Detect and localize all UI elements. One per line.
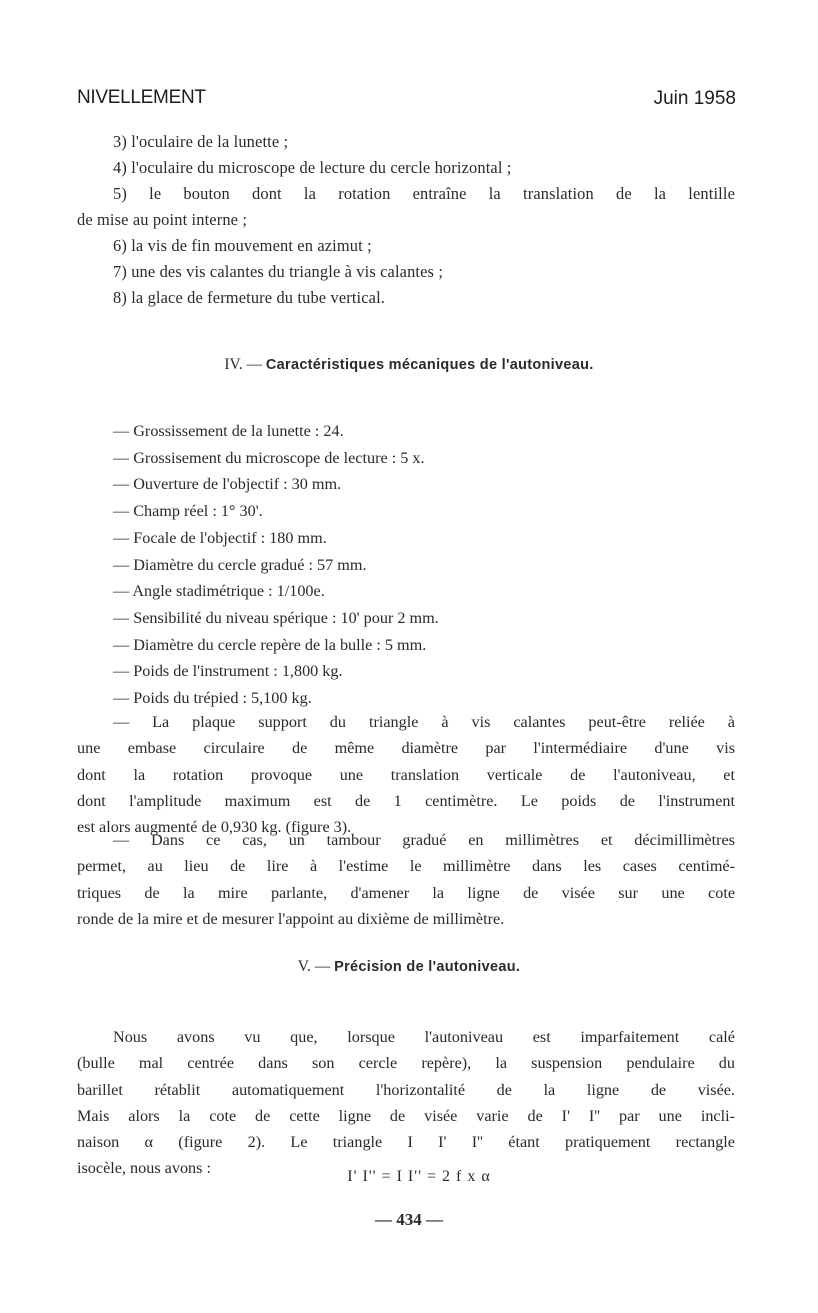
section-number: V. — — [298, 958, 330, 975]
running-header-title: NIVELLEMENT — [77, 87, 206, 109]
spec-item: — Grossissement de la lunette : 24. — [113, 418, 733, 445]
spec-item: — Grossisement du microscope de lecture … — [113, 445, 733, 472]
spec-item: — Diamètre du cercle gradué : 57 mm. — [113, 552, 733, 579]
spec-item: — Poids du trépied : 5,100 kg. — [113, 685, 733, 712]
list-item: 4) l'oculaire du microscope de lecture d… — [77, 155, 735, 181]
list-item: 6) la vis de fin mouvement en azimut ; — [77, 233, 735, 259]
paragraph-line: Mais alors la cote de cette ligne de vis… — [77, 1103, 735, 1129]
running-header-date: Juin 1958 — [654, 88, 736, 110]
spec-item: — Angle stadimétrique : 1/100e. — [113, 578, 733, 605]
paragraph-line: Nous avons vu que, lorsque l'autoniveau … — [77, 1024, 735, 1050]
equation: I' I'' = I I'' = 2 f x α — [0, 1168, 818, 1186]
paragraph-line: permet, au lieu de lire à l'estime le mi… — [77, 853, 735, 879]
paragraph-line: naison α (figure 2). Le triangle I I' I'… — [77, 1129, 735, 1155]
document-page: NIVELLEMENT Juin 1958 3) l'oculaire de l… — [0, 0, 818, 1313]
paragraph-line: une embase circulaire de même diamètre p… — [77, 735, 735, 761]
spec-item: — Sensibilité du niveau spérique : 10' p… — [113, 605, 733, 632]
section-title: Caractéristiques mécaniques de l'autoniv… — [266, 357, 594, 373]
list-item-continuation: de mise au point interne ; — [77, 207, 735, 233]
page-number: — 434 — — [0, 1210, 818, 1230]
list-item: 8) la glace de fermeture du tube vertica… — [77, 285, 735, 311]
paragraph-plaque-support: — La plaque support du triangle à vis ca… — [77, 709, 735, 840]
specifications-list: — Grossissement de la lunette : 24. — Gr… — [113, 418, 733, 712]
components-list: 3) l'oculaire de la lunette ; 4) l'ocula… — [77, 129, 735, 311]
section-number: IV. — — [224, 356, 262, 373]
paragraph-line: — Dans ce cas, un tambour gradué en mill… — [77, 827, 735, 853]
paragraph-line: barillet rétablit automatiquement l'hori… — [77, 1077, 735, 1103]
section-title: Précision de l'autoniveau. — [334, 959, 520, 975]
spec-item: — Poids de l'instrument : 1,800 kg. — [113, 658, 733, 685]
paragraph-line: dont la rotation provoque une translatio… — [77, 762, 735, 788]
paragraph-line: dont l'amplitude maximum est de 1 centim… — [77, 788, 735, 814]
paragraph-line: triques de la mire parlante, d'amener la… — [77, 880, 735, 906]
spec-item: — Ouverture de l'objectif : 30 mm. — [113, 471, 733, 498]
list-item: 3) l'oculaire de la lunette ; — [77, 129, 735, 155]
paragraph-tambour: — Dans ce cas, un tambour gradué en mill… — [77, 827, 735, 932]
paragraph-line: (bulle mal centrée dans son cercle repèr… — [77, 1050, 735, 1076]
spec-item: — Focale de l'objectif : 180 mm. — [113, 525, 733, 552]
list-item: 5) le bouton dont la rotation entraîne l… — [77, 181, 735, 207]
spec-item: — Diamètre du cercle repère de la bulle … — [113, 632, 733, 659]
section-heading-iv: IV. — Caractéristiques mécaniques de l'a… — [0, 356, 818, 374]
paragraph-precision: Nous avons vu que, lorsque l'autoniveau … — [77, 1024, 735, 1182]
section-heading-v: V. — Précision de l'autoniveau. — [0, 958, 818, 976]
paragraph-line: ronde de la mire et de mesurer l'appoint… — [77, 906, 735, 932]
paragraph-line: — La plaque support du triangle à vis ca… — [77, 709, 735, 735]
spec-item: — Champ réel : 1° 30'. — [113, 498, 733, 525]
list-item: 7) une des vis calantes du triangle à vi… — [77, 259, 735, 285]
